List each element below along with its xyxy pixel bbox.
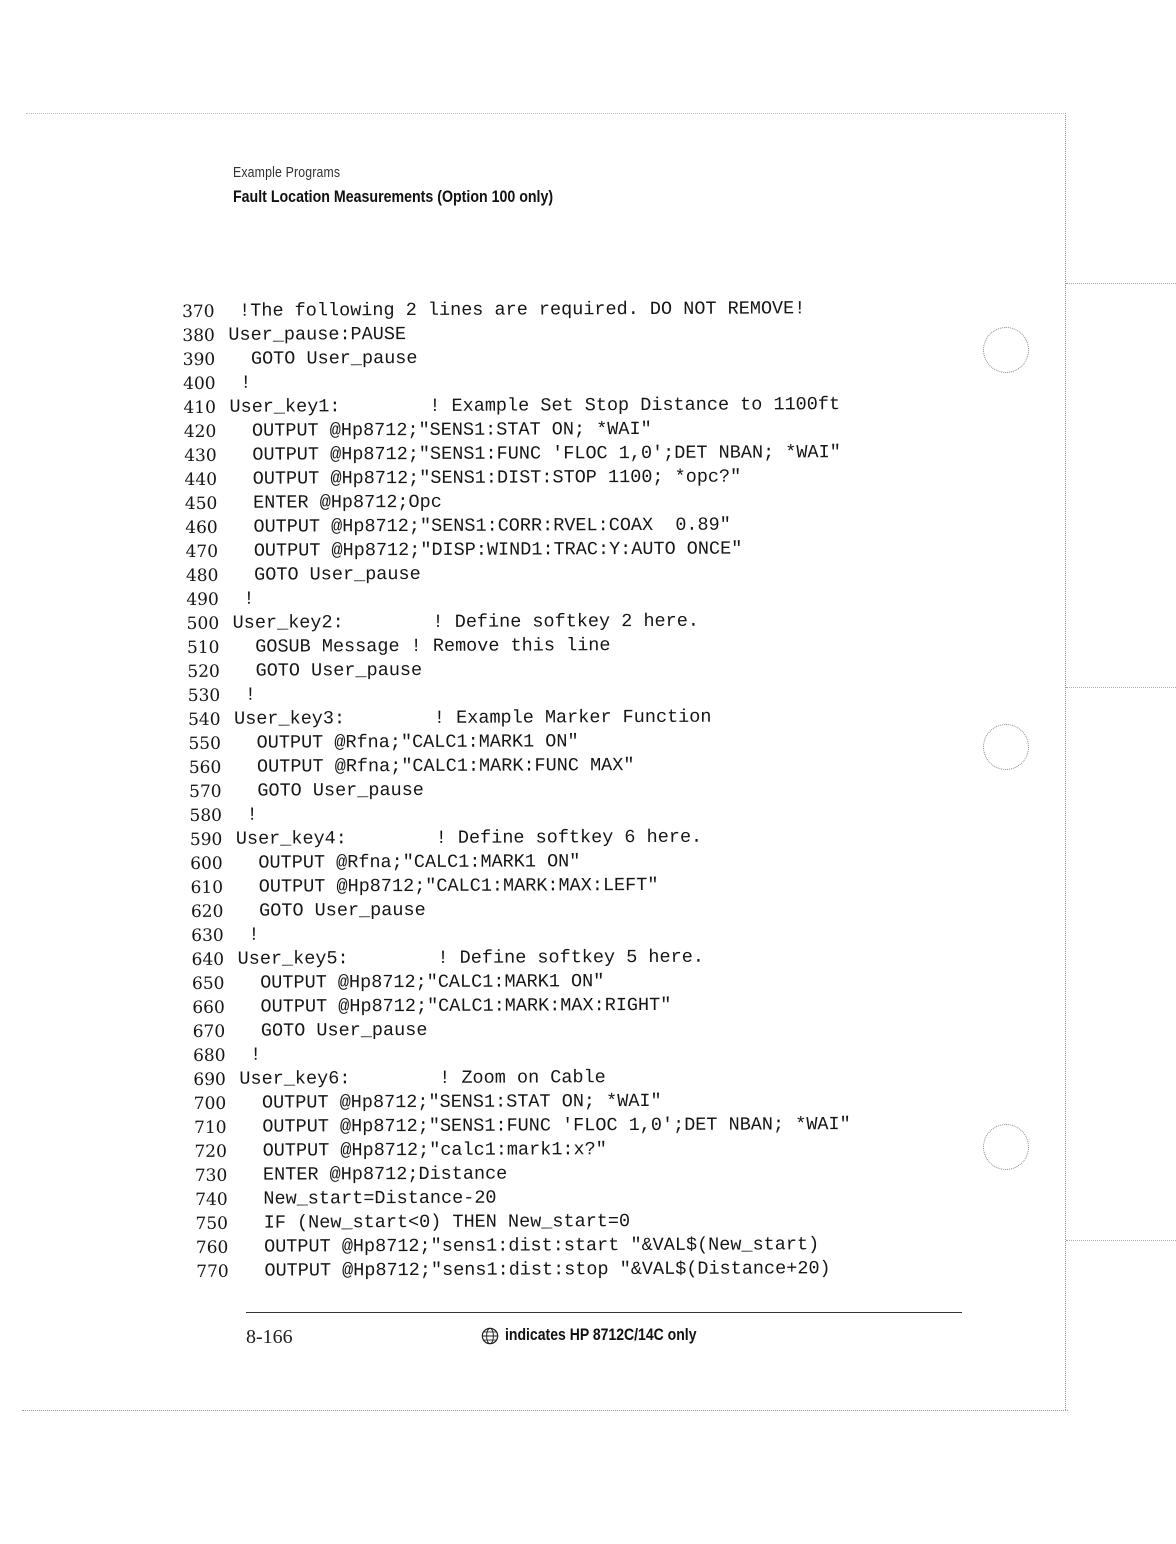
line-source: ! — [234, 684, 256, 708]
line-source: OUTPUT @Hp8712;"CALC1:MARK:MAX:LEFT" — [237, 874, 659, 900]
code-line: 660 OUTPUT @Hp8712;"CALC1:MARK:MAX:RIGHT… — [192, 993, 850, 1020]
line-number: 730 — [195, 1164, 241, 1188]
line-source: User_pause:PAUSE — [228, 323, 406, 348]
line-number: 620 — [191, 900, 237, 924]
line-number: 700 — [194, 1092, 240, 1116]
line-source: GOTO User_pause — [229, 347, 418, 372]
code-line: 410User_key1: ! Example Set Stop Distanc… — [183, 393, 847, 420]
line-source: OUTPUT @Rfna;"CALC1:MARK1 ON" — [236, 850, 580, 876]
line-source: GOSUB Message ! Remove this line — [233, 634, 611, 660]
code-line: 710 OUTPUT @Hp8712;"SENS1:FUNC 'FLOC 1,0… — [194, 1113, 851, 1140]
line-number: 520 — [187, 660, 233, 684]
line-number: 590 — [190, 828, 236, 852]
line-number: 760 — [196, 1236, 242, 1260]
line-source: ! — [237, 924, 259, 948]
code-line: 560 OUTPUT @Rfna;"CALC1:MARK:FUNC MAX" — [189, 753, 849, 780]
page-edge-top — [26, 113, 1066, 114]
code-listing: 370 !The following 2 lines are required.… — [182, 297, 851, 1284]
code-line: 460 OUTPUT @Hp8712;"SENS1:CORR:RVEL:COAX… — [185, 513, 848, 540]
line-source: ! — [235, 804, 257, 828]
line-number: 470 — [186, 540, 232, 564]
code-line: 440 OUTPUT @Hp8712;"SENS1:DIST:STOP 1100… — [184, 465, 847, 492]
code-line: 750 IF (New_start<0) THEN New_start=0 — [195, 1209, 851, 1236]
line-number: 480 — [186, 564, 232, 588]
page-title: Fault Location Measurements (Option 100 … — [233, 188, 553, 207]
line-number: 400 — [183, 372, 229, 396]
line-number: 600 — [190, 852, 236, 876]
code-line: 510 GOSUB Message ! Remove this line — [187, 633, 849, 660]
code-line: 370 !The following 2 lines are required.… — [182, 297, 847, 324]
running-header: Example Programs Fault Location Measurem… — [233, 164, 605, 207]
code-line: 550 OUTPUT @Rfna;"CALC1:MARK1 ON" — [188, 729, 849, 756]
line-source: User_key5: ! Define softkey 5 here. — [238, 946, 704, 972]
line-number: 570 — [189, 780, 235, 804]
line-source: New_start=Distance-20 — [241, 1187, 496, 1212]
line-number: 500 — [187, 612, 233, 636]
line-number: 770 — [196, 1260, 242, 1284]
code-line: 600 OUTPUT @Rfna;"CALC1:MARK1 ON" — [190, 849, 849, 876]
binder-hole — [983, 1124, 1029, 1170]
line-number: 510 — [187, 636, 233, 660]
line-number: 650 — [192, 972, 238, 996]
line-source: OUTPUT @Rfna;"CALC1:MARK1 ON" — [234, 730, 578, 756]
footer-rule — [246, 1312, 962, 1313]
line-number: 380 — [182, 324, 228, 348]
code-line: 740 New_start=Distance-20 — [195, 1185, 851, 1212]
code-line: 390 GOTO User_pause — [183, 345, 848, 372]
line-number: 720 — [194, 1140, 240, 1164]
line-source: User_key2: ! Define softkey 2 here. — [233, 610, 699, 636]
code-line: 700 OUTPUT @Hp8712;"SENS1:STAT ON; *WAI" — [194, 1089, 851, 1116]
line-number: 610 — [191, 876, 237, 900]
line-number: 410 — [183, 396, 229, 420]
code-line: 570 GOTO User_pause — [189, 777, 849, 804]
tab-divider-line — [1066, 283, 1176, 284]
line-number: 370 — [182, 300, 228, 324]
code-line: 470 OUTPUT @Hp8712;"DISP:WIND1:TRAC:Y:AU… — [186, 537, 849, 564]
line-number: 390 — [183, 348, 229, 372]
line-number: 560 — [189, 756, 235, 780]
code-line: 670 GOTO User_pause — [193, 1017, 851, 1044]
line-source: OUTPUT @Hp8712;"SENS1:DIST:STOP 1100; *o… — [230, 466, 741, 492]
line-source: IF (New_start<0) THEN New_start=0 — [241, 1210, 630, 1236]
line-source: GOTO User_pause — [233, 659, 422, 684]
code-line: 500User_key2: ! Define softkey 2 here. — [187, 609, 849, 636]
code-line: 450 ENTER @Hp8712;Opc — [185, 489, 848, 516]
code-line: 690User_key6: ! Zoom on Cable — [193, 1065, 850, 1092]
line-source: GOTO User_pause — [232, 563, 421, 588]
line-number: 660 — [192, 996, 238, 1020]
code-line: 380User_pause:PAUSE — [182, 321, 847, 348]
code-line: 730 ENTER @Hp8712;Distance — [195, 1161, 851, 1188]
page-edge-right — [1065, 113, 1066, 1410]
line-source: ! — [229, 372, 251, 396]
page-number: 8-166 — [246, 1326, 293, 1349]
code-line: 720 OUTPUT @Hp8712;"calc1:mark1:x?" — [194, 1137, 850, 1164]
line-source: GOTO User_pause — [237, 899, 426, 924]
line-number: 640 — [192, 948, 238, 972]
line-source: ENTER @Hp8712;Distance — [241, 1163, 508, 1188]
code-line: 680 ! — [193, 1041, 850, 1068]
code-line: 760 OUTPUT @Hp8712;"sens1:dist:start "&V… — [196, 1233, 851, 1260]
line-number: 460 — [185, 516, 231, 540]
code-line: 420 OUTPUT @Hp8712;"SENS1:STAT ON; *WAI" — [184, 417, 848, 444]
code-line: 400 ! — [183, 369, 847, 396]
line-number: 690 — [193, 1068, 239, 1092]
page-edge-bottom — [22, 1410, 1068, 1411]
line-number: 540 — [188, 708, 234, 732]
line-number: 670 — [193, 1020, 239, 1044]
code-line: 620 GOTO User_pause — [191, 897, 850, 924]
line-source: OUTPUT @Hp8712;"DISP:WIND1:TRAC:Y:AUTO O… — [232, 538, 743, 564]
binder-hole — [983, 724, 1029, 770]
line-source: OUTPUT @Hp8712;"CALC1:MARK1 ON" — [238, 970, 604, 996]
code-line: 530 ! — [188, 681, 849, 708]
footer-note-text: indicates HP 8712C/14C only — [505, 1326, 697, 1345]
line-number: 680 — [193, 1044, 239, 1068]
line-number: 550 — [188, 732, 234, 756]
section-label: Example Programs — [233, 164, 538, 181]
line-source: ENTER @Hp8712;Opc — [231, 491, 442, 516]
code-line: 540User_key3: ! Example Marker Function — [188, 705, 849, 732]
tab-divider-line — [1066, 687, 1176, 688]
line-number: 750 — [195, 1212, 241, 1236]
line-source: OUTPUT @Hp8712;"calc1:mark1:x?" — [240, 1138, 606, 1164]
line-source: User_key3: ! Example Marker Function — [234, 706, 711, 732]
code-line: 630 ! — [191, 921, 850, 948]
line-source: OUTPUT @Hp8712;"CALC1:MARK:MAX:RIGHT" — [238, 994, 671, 1020]
code-line: 610 OUTPUT @Hp8712;"CALC1:MARK:MAX:LEFT" — [191, 873, 850, 900]
line-number: 430 — [184, 444, 230, 468]
code-line: 590User_key4: ! Define softkey 6 here. — [190, 825, 850, 852]
line-source: User_key1: ! Example Set Stop Distance t… — [229, 393, 840, 420]
footer-note: indicates HP 8712C/14C only — [481, 1326, 730, 1345]
line-source: OUTPUT @Hp8712;"sens1:dist:start "&VAL$(… — [242, 1233, 819, 1260]
line-source: User_key6: ! Zoom on Cable — [239, 1066, 605, 1092]
code-line: 580 ! — [189, 801, 849, 828]
line-number: 530 — [188, 684, 234, 708]
line-source: OUTPUT @Hp8712;"SENS1:STAT ON; *WAI" — [230, 418, 652, 444]
line-number: 630 — [191, 924, 237, 948]
globe-icon — [481, 1327, 499, 1345]
line-number: 740 — [195, 1188, 241, 1212]
line-source: OUTPUT @Hp8712;"SENS1:CORR:RVEL:COAX 0.8… — [231, 514, 731, 540]
code-line: 770 OUTPUT @Hp8712;"sens1:dist:stop "&VA… — [196, 1257, 851, 1284]
code-line: 520 GOTO User_pause — [187, 657, 848, 684]
code-line: 480 GOTO User_pause — [186, 561, 848, 588]
tab-divider-line — [1066, 1240, 1176, 1241]
line-number: 440 — [184, 468, 230, 492]
line-source: OUTPUT @Hp8712;"SENS1:FUNC 'FLOC 1,0';DE… — [240, 1113, 851, 1140]
line-source: GOTO User_pause — [239, 1019, 428, 1044]
line-source: OUTPUT @Hp8712;"SENS1:FUNC 'FLOC 1,0';DE… — [230, 441, 841, 468]
line-source: ! — [239, 1044, 261, 1068]
line-number: 450 — [185, 492, 231, 516]
line-source: GOTO User_pause — [235, 779, 424, 804]
code-line: 430 OUTPUT @Hp8712;"SENS1:FUNC 'FLOC 1,0… — [184, 441, 848, 468]
line-number: 580 — [189, 804, 235, 828]
line-source: !The following 2 lines are required. DO … — [228, 297, 805, 324]
binder-hole — [983, 327, 1029, 373]
line-source: User_key4: ! Define softkey 6 here. — [236, 826, 702, 852]
line-source: OUTPUT @Hp8712;"sens1:dist:stop "&VAL$(D… — [242, 1257, 831, 1284]
code-line: 650 OUTPUT @Hp8712;"CALC1:MARK1 ON" — [192, 969, 850, 996]
line-number: 710 — [194, 1116, 240, 1140]
line-number: 490 — [186, 588, 232, 612]
code-line: 490 ! — [186, 585, 848, 612]
line-number: 420 — [184, 420, 230, 444]
line-source: OUTPUT @Rfna;"CALC1:MARK:FUNC MAX" — [235, 754, 635, 780]
line-source: ! — [232, 588, 254, 612]
line-source: OUTPUT @Hp8712;"SENS1:STAT ON; *WAI" — [240, 1090, 662, 1116]
code-line: 640User_key5: ! Define softkey 5 here. — [192, 945, 850, 972]
